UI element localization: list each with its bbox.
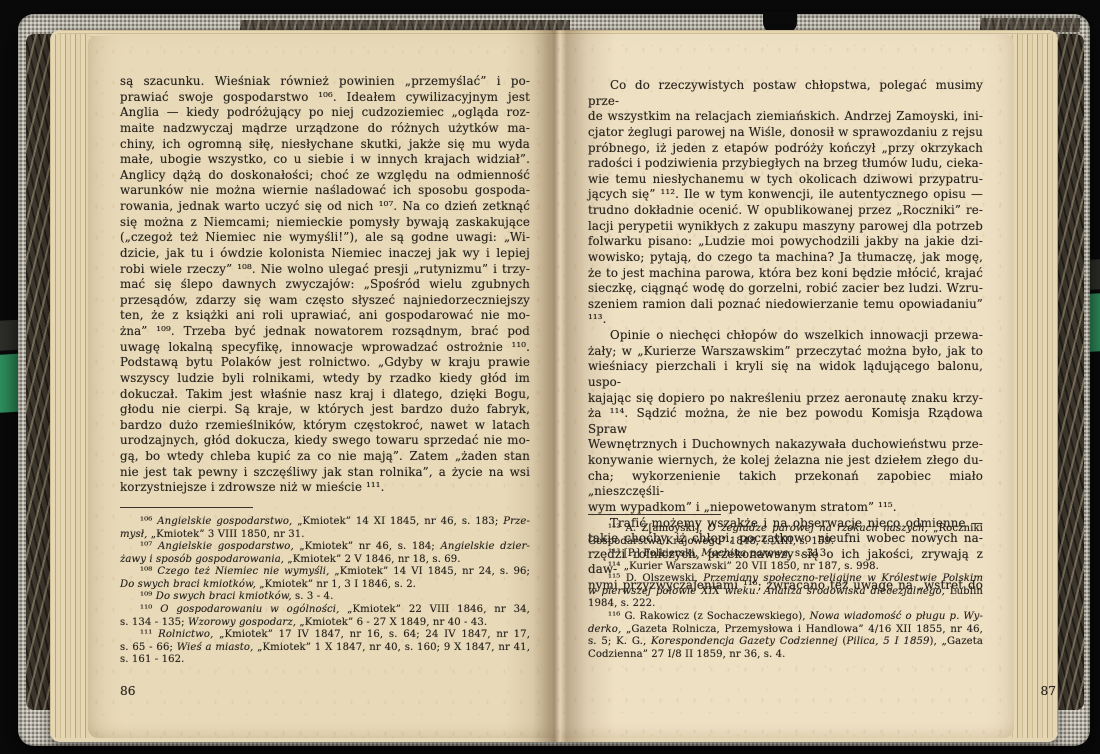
footnote-cited-title: Wieś a miasto, [177, 642, 254, 653]
footnote-cited-title: Czego też Niemiec nie wymyśli, [157, 566, 329, 577]
text-line: Opinie o niechęci chłopów do wszelkich i… [588, 328, 983, 344]
left-page-footnotes: ¹⁰⁶ Angielskie gospodarstwo, „Kmiotek” 1… [120, 516, 530, 667]
footnote-text: 1984, s. 222. [588, 598, 655, 609]
text-line: żna” ¹⁰⁹. Trzeba być jednak nowatorem ro… [120, 324, 530, 340]
footnote-text: s. 313. [792, 548, 830, 559]
text-line: ten, że z książki ani roli uprawiać, ani… [120, 308, 530, 324]
footnote-text: „Kmiotek” nr 1, 3 I 1846, s. 2. [256, 579, 416, 590]
footnote-text: s. 65 - 66; [120, 642, 177, 653]
text-line: cjator żeglugi parowej na Wiśle, donosił… [588, 125, 983, 141]
footnote-cited-title: Wzorowy gospodarz, [188, 617, 296, 628]
footnote-text: „Kmiotek” 2 V 1846, nr 18, s. 69. [284, 554, 460, 565]
footnote-text: ¹⁰⁶ [140, 516, 157, 527]
footnote-cited-title: Do swych braci kmiotków, [156, 591, 292, 602]
footnote-text: s. 3 - 4. [292, 591, 334, 602]
footnote-text: „Kmiotek” 6 - 27 X 1849, nr 40 - 43. [296, 617, 487, 628]
footnote-text: ¹¹⁰ [140, 604, 160, 615]
page-edge-stack-right [1012, 34, 1058, 738]
book-photo-scene: są szacunku. Wieśniak również powinien „… [0, 0, 1100, 754]
text-line: kajając się dopiero po nakreśleniu przez… [588, 391, 983, 407]
text-line: mać się ślepo dawnych zwyczajów: „Spośró… [120, 277, 530, 293]
footnote-text: „Gazeta Rolnicza, Przemysłowa i Handlowa… [621, 624, 983, 635]
text-line: się można z Niemcami; niemieckie pomysły… [120, 215, 530, 231]
text-line: wieśniacy pierzchali i kryli się na wido… [588, 359, 983, 390]
footnote-cited-title: Rolnictwo, [158, 629, 213, 640]
left-page-number: 86 [120, 684, 136, 698]
footnote-text: Lublin [945, 586, 983, 597]
footnote-line: s. 65 - 66; Wieś a miasto, „Kmiotek” 1 X… [120, 642, 530, 655]
text-line: radości i podziwienia przybiegłych na br… [588, 156, 983, 172]
footnote-text: ¹¹¹ [140, 629, 158, 640]
text-line: próbnego, iż jeden z etapów podróży końc… [588, 141, 983, 157]
text-line: chiny, ich ogromną siłę, niesłychane sku… [120, 137, 530, 153]
text-line: dzicie, jak tu i ówdzie kolonista Niemie… [120, 246, 530, 262]
text-line: rowania, jednak warto uczyć się od nich … [120, 199, 530, 215]
right-page-footnotes: ¹¹² A. Z[amoyski], O żegludze parowej na… [588, 523, 983, 661]
right-page-body-text: Co do rzeczywistych postaw chłopstwa, po… [588, 78, 983, 594]
footnote-line: ¹⁰⁷ Angielskie gospodarstwo, „Kmiotek” n… [120, 541, 530, 554]
footnote-cited-title: Korespondencja Gazety Codziennej [651, 636, 838, 647]
footnote-divider-left [120, 507, 253, 508]
text-line: cha; wykorzenienie takich przekonań zapo… [588, 469, 983, 500]
footnote-text: ¹⁰⁸ [140, 566, 157, 577]
text-line: dokuczał. Takim jest właśnie nasz kraj i… [120, 387, 530, 403]
text-line: Anglia — kiedy podróżujący po niej cudzo… [120, 105, 530, 121]
text-line: Anglicy dążą do doskonałości; choć ze wz… [120, 168, 530, 184]
footnote-text: „Kmiotek” 14 XI 1845, nr 46, s. 183; [292, 516, 503, 527]
footnote-line: s. 5; K. G., Korespondencja Gazety Codzi… [588, 636, 983, 649]
text-line: szeniem ramion dali poznać niedowierzani… [588, 297, 983, 328]
text-line: żały; w „Kurierze Warszawskim” przeczyta… [588, 344, 983, 360]
footnote-cited-title: mysł, [120, 529, 147, 540]
footnote-cited-title: Nowa wiadomość o pługu p. Wy- [810, 611, 983, 622]
footnote-text: „Kmiotek” nr 46, s. 184; [294, 541, 441, 552]
text-line: warunków nie można wiernie naśladować ic… [120, 183, 530, 199]
text-line: Wewnętrznych i Duchownych nakazywała duc… [588, 437, 983, 453]
footnote-line: Codzienna” 27 I/8 II 1859, nr 36, s. 4. [588, 649, 983, 662]
text-line: de wszystkim na relacjach ziemiańskich. … [588, 109, 983, 125]
footnote-text: ¹¹⁵ D. Olszewski, [608, 573, 703, 584]
text-line: Podstawą bytu Polaków jest rolnictwo. „G… [120, 355, 530, 371]
footnote-text: Gospodarstwa Krajowego” 1848, t. XIII, s… [588, 536, 834, 547]
footnote-line: w pierwszej połowie XIX wieku. Analiza ś… [588, 586, 983, 599]
footnote-cited-title: Angielskie dzier- [440, 541, 530, 552]
text-line: Co do rzeczywistych postaw chłopstwa, po… [588, 78, 983, 109]
left-page-body-text: są szacunku. Wieśniak również powinien „… [120, 74, 530, 496]
footnote-divider-right [588, 514, 721, 515]
text-line: lacji perypetii wynikłych z zakupu maszy… [588, 219, 983, 235]
text-line: sieczkę, ciągnąć wodę do gorzelni, robić… [588, 281, 983, 297]
footnote-line: ¹⁰⁶ Angielskie gospodarstwo, „Kmiotek” 1… [120, 516, 530, 529]
footnote-cited-title: O żegludze parowej na rzekach naszych, [708, 523, 928, 534]
footnote-line: s. 134 - 135; Wzorowy gospodarz, „Kmiote… [120, 617, 530, 630]
footnote-line: ¹⁰⁹ Do swych braci kmiotków, s. 3 - 4. [120, 591, 530, 604]
footnote-cited-title: Do swych braci kmiotków, [120, 579, 256, 590]
page-edge-stack-left [50, 34, 90, 738]
text-line: gą, bo wtedy chleba kupić za co nie mają… [120, 449, 530, 465]
text-line: maite nadzwyczaj mądrze urządzone do róż… [120, 121, 530, 137]
footnote-text: ¹¹³ [P.] Folkierski, [608, 548, 701, 559]
footnote-text: s. 134 - 135; [120, 617, 188, 628]
footnote-text: ¹¹⁶ G. Rakowicz (z Sochaczewskiego), [608, 611, 810, 622]
text-line: są szacunku. Wieśniak również powinien „… [120, 74, 530, 90]
text-line: konywanie wiernych, że kolej żelazna nie… [588, 453, 983, 469]
footnote-line: ¹¹³ [P.] Folkierski, Machina parowa, s. … [588, 548, 983, 561]
footnote-line: ¹¹⁴ „Kurier Warszawski” 20 VII 1850, nr … [588, 561, 983, 574]
footnote-cited-title: żawy i sposób gospodarowania, [120, 554, 284, 565]
footnote-text: ¹¹⁴ „Kurier Warszawski” 20 VII 1850, nr … [608, 561, 879, 572]
footnote-text: ¹⁰⁹ [140, 591, 156, 602]
text-line: („czegoż też Niemiec nie wymyśli!”), ale… [120, 230, 530, 246]
text-line: folwarku pisano: „Ludzie moi powychodzil… [588, 234, 983, 250]
footnote-cited-title: O gospodarowaniu w ogólności, [160, 604, 339, 615]
footnote-text: s. 161 - 162. [120, 654, 184, 665]
footnote-line: 1984, s. 222. [588, 598, 983, 611]
footnote-cited-title: derko, [588, 624, 621, 635]
footnote-line: Do swych braci kmiotków, „Kmiotek” nr 1,… [120, 579, 530, 592]
footnote-cited-title: w pierwszej połowie XIX wieku. Analiza ś… [588, 586, 945, 597]
endpaper-marbled-right [1058, 34, 1084, 710]
text-line: ża ¹¹⁴. Sądzić można, że nie bez powodu … [588, 406, 983, 437]
footnote-text: „Kmiotek” 22 VIII 1846, nr 34, [339, 604, 530, 615]
footnote-text: ¹¹² A. Z[amoyski], [608, 523, 708, 534]
text-line: urodzajnych, głód dokucza, kiedy swego t… [120, 433, 530, 449]
footnote-line: ¹¹² A. Z[amoyski], O żegludze parowej na… [588, 523, 983, 536]
footnote-cited-title: Prze- [503, 516, 530, 527]
footnote-line: ¹¹⁰ O gospodarowaniu w ogólności, „Kmiot… [120, 604, 530, 617]
footnote-text: ¹⁰⁷ [140, 541, 158, 552]
footnote-line: ¹¹⁶ G. Rakowicz (z Sochaczewskiego), Now… [588, 611, 983, 624]
footnote-line: żawy i sposób gospodarowania, „Kmiotek” … [120, 554, 530, 567]
footnote-line: mysł, „Kmiotek” 3 VIII 1850, nr 31. [120, 529, 530, 542]
text-line: małe, ubogie wszystko, co u siebie i w i… [120, 152, 530, 168]
text-line: bardzo dużo rzemieślników, którym często… [120, 418, 530, 434]
text-line: korzystniejsze i zdrowsze niż w mieście … [120, 480, 530, 496]
footnote-cited-title: Angielskie gospodarstwo, [158, 541, 294, 552]
footnote-line: s. 161 - 162. [120, 654, 530, 667]
footnote-line: Gospodarstwa Krajowego” 1848, t. XIII, s… [588, 536, 983, 549]
footnote-text: „Kmiotek” 14 VI 1845, nr 24, s. 96; [329, 566, 530, 577]
footnote-text: Codzienna” 27 I/8 II 1859, nr 36, s. 4. [588, 649, 785, 660]
text-line: uwagę lokalną specyfikę, innowacje wprow… [120, 340, 530, 356]
footnote-text: „Kmiotek” 17 IV 1847, nr 16, s. 64; 24 I… [213, 629, 530, 640]
footnote-text: ), „Gazeta [930, 636, 983, 647]
footnote-line: ¹⁰⁸ Czego też Niemiec nie wymyśli, „Kmio… [120, 566, 530, 579]
text-line: że to jest machina parowa, która bez kon… [588, 266, 983, 282]
footnote-text: s. 5; K. G., [588, 636, 651, 647]
footnote-text: „Kmiotek” 1 X 1847, nr 40, s. 160; 9 X 1… [253, 642, 530, 653]
footnote-cited-title: Przemiany społeczno-religijne w Królestw… [703, 573, 983, 584]
text-line: prawiać swoje gospodarstwo ¹⁰⁶. Ideałem … [120, 90, 530, 106]
text-line: nie jest tak pewny i szczęśliwy jak stan… [120, 465, 530, 481]
footnote-text: „Roczniki [928, 523, 983, 534]
text-line: przesądów, zdarzy się wam często słyszeć… [120, 293, 530, 309]
text-line: głodu nie cierpi. Są kraje, w których je… [120, 402, 530, 418]
footnote-cited-title: Pilica, 5 I 1859 [846, 636, 929, 647]
footnote-line: derko, „Gazeta Rolnicza, Przemysłowa i H… [588, 624, 983, 637]
footnote-text: „Kmiotek” 3 VIII 1850, nr 31. [147, 529, 304, 540]
text-line: wowisko; pytają, do czego ta machina? Ja… [588, 250, 983, 266]
right-page-number: 87 [1000, 684, 1056, 698]
text-line: robi wiele rzeczy” ¹⁰⁸. Nie wolno ulegać… [120, 262, 530, 278]
footnote-cited-title: Angielskie gospodarstwo, [157, 516, 292, 527]
footnote-line: ¹¹⁵ D. Olszewski, Przemiany społeczno-re… [588, 573, 983, 586]
text-line: jących się” ¹¹². Ile w tym konwencji, il… [588, 187, 983, 203]
footnote-cited-title: Machina parowa, [701, 548, 791, 559]
text-line: trudno dokładnie ocenić. W opublikowanej… [588, 203, 983, 219]
footnote-line: ¹¹¹ Rolnictwo, „Kmiotek” 17 IV 1847, nr … [120, 629, 530, 642]
text-line: wie temu niesłychanemu w tych okolicach … [588, 172, 983, 188]
text-line: wszyscy ludzie byli rolnikami, wtedy by … [120, 371, 530, 387]
